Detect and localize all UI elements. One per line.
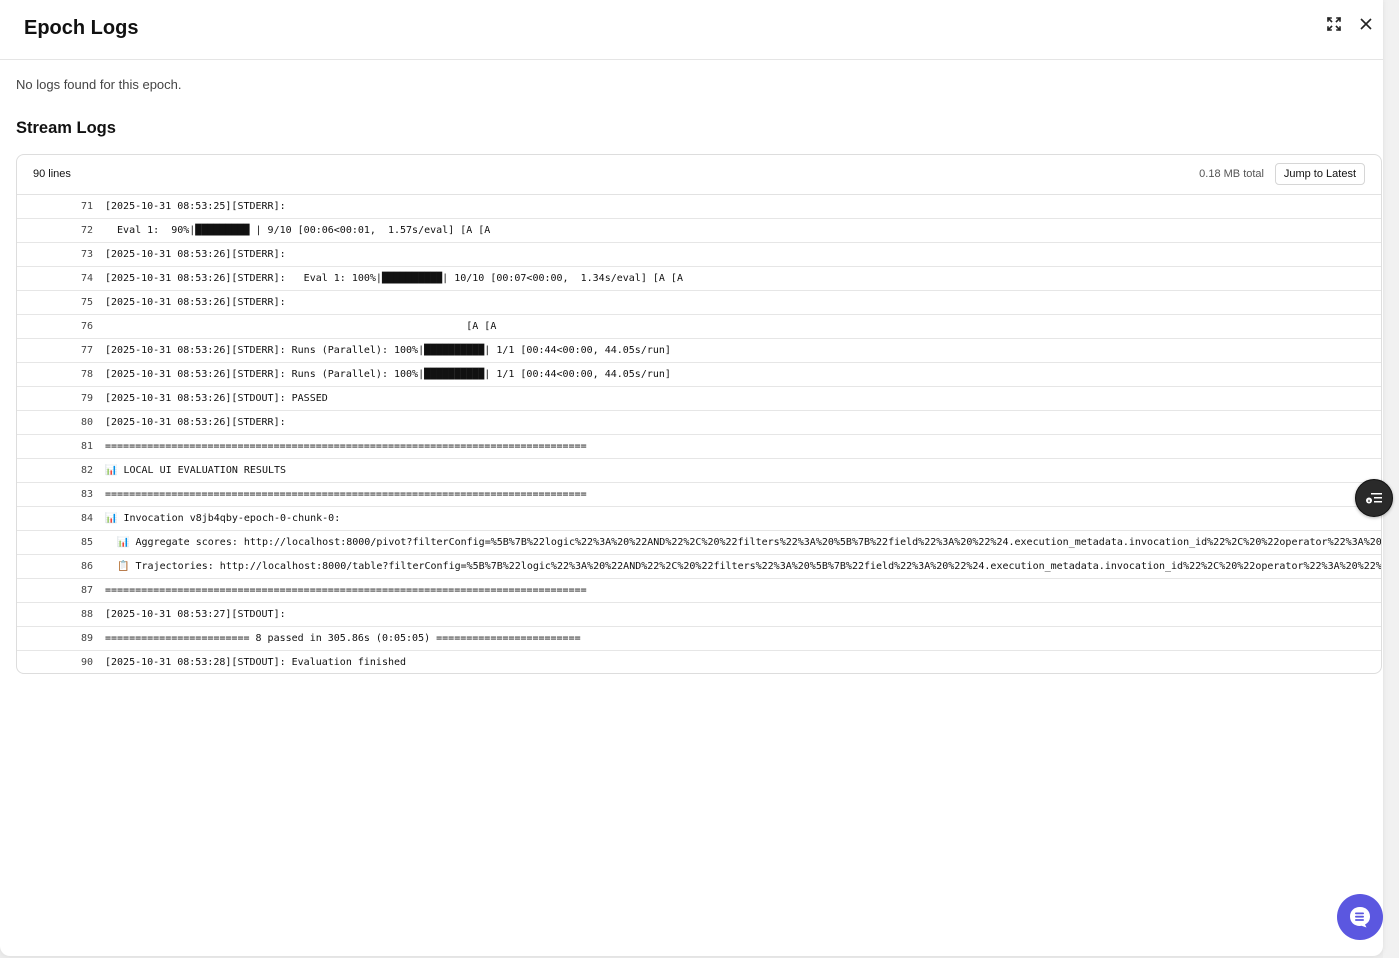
chat-bubble-icon [1347, 904, 1373, 930]
line-text: [2025-10-31 08:53:26][STDERR]: [105, 249, 286, 260]
epoch-logs-modal: Epoch Logs No logs found for this epoch.… [0, 0, 1383, 956]
log-line: 87======================================… [17, 579, 1381, 603]
log-line: 88[2025-10-31 08:53:27][STDOUT]: [17, 603, 1381, 627]
line-text: 📊 Invocation v8jb4qby-epoch-0-chunk-0: [105, 513, 340, 524]
line-number: 78 [17, 369, 93, 380]
line-text: [A [A [105, 321, 496, 332]
log-line: 85 📊 Aggregate scores: http://localhost:… [17, 531, 1381, 555]
line-number: 88 [17, 609, 93, 620]
line-number: 85 [17, 537, 93, 548]
log-line: 90[2025-10-31 08:53:28][STDOUT]: Evaluat… [17, 651, 1381, 674]
line-text: ========================================… [105, 585, 587, 596]
line-number: 74 [17, 273, 93, 284]
log-line: 89======================== 8 passed in 3… [17, 627, 1381, 651]
stream-logs-panel: 90 lines 0.18 MB total Jump to Latest 71… [16, 154, 1382, 674]
log-size-total: 0.18 MB total [1199, 168, 1264, 180]
line-text: [2025-10-31 08:53:26][STDERR]: Runs (Par… [105, 369, 671, 380]
log-line: 76 [A [A [17, 315, 1381, 339]
line-text: ========================================… [105, 489, 587, 500]
log-line: 80[2025-10-31 08:53:26][STDERR]: [17, 411, 1381, 435]
line-text: 📊 LOCAL UI EVALUATION RESULTS [105, 465, 286, 476]
line-number: 73 [17, 249, 93, 260]
line-number: 72 [17, 225, 93, 236]
line-number: 89 [17, 633, 93, 644]
line-text: Eval 1: 90%|█████████ | 9/10 [00:06<00:0… [105, 225, 490, 236]
log-line: 83======================================… [17, 483, 1381, 507]
line-number: 71 [17, 201, 93, 212]
log-line: 74[2025-10-31 08:53:26][STDERR]: Eval 1:… [17, 267, 1381, 291]
stream-logs-heading: Stream Logs [16, 119, 116, 138]
no-logs-message: No logs found for this epoch. [16, 77, 182, 92]
line-text: 📋 Trajectories: http://localhost:8000/ta… [105, 561, 1381, 572]
page-scrollbar-track[interactable] [1383, 0, 1399, 958]
log-line: 77[2025-10-31 08:53:26][STDERR]: Runs (P… [17, 339, 1381, 363]
close-button[interactable] [1356, 14, 1376, 34]
log-line: 79[2025-10-31 08:53:26][STDOUT]: PASSED [17, 387, 1381, 411]
line-number: 76 [17, 321, 93, 332]
expand-icon [1326, 16, 1342, 32]
line-text: 📊 Aggregate scores: http://localhost:800… [105, 537, 1381, 548]
line-text: [2025-10-31 08:53:26][STDERR]: Runs (Par… [105, 345, 671, 356]
line-number: 84 [17, 513, 93, 524]
line-text: [2025-10-31 08:53:27][STDOUT]: [105, 609, 286, 620]
line-text: [2025-10-31 08:53:26][STDOUT]: PASSED [105, 393, 328, 404]
close-icon [1359, 17, 1373, 31]
log-line: 71[2025-10-31 08:53:25][STDERR]: [17, 195, 1381, 219]
line-text: [2025-10-31 08:53:28][STDOUT]: Evaluatio… [105, 657, 406, 668]
line-number: 83 [17, 489, 93, 500]
line-number: 86 [17, 561, 93, 572]
line-text: ========================================… [105, 441, 587, 452]
jump-to-latest-button[interactable]: Jump to Latest [1275, 163, 1365, 185]
line-number: 80 [17, 417, 93, 428]
line-number: 90 [17, 657, 93, 668]
line-number: 77 [17, 345, 93, 356]
log-toolbar: 90 lines 0.18 MB total Jump to Latest [17, 155, 1381, 195]
log-panel-toggle-button[interactable] [1355, 479, 1393, 517]
line-text: [2025-10-31 08:53:26][STDERR]: [105, 417, 286, 428]
line-number: 87 [17, 585, 93, 596]
expand-button[interactable] [1324, 14, 1344, 34]
log-lines: 71[2025-10-31 08:53:25][STDERR]:72 Eval … [17, 195, 1381, 674]
log-line: 84📊 Invocation v8jb4qby-epoch-0-chunk-0: [17, 507, 1381, 531]
log-line: 86 📋 Trajectories: http://localhost:8000… [17, 555, 1381, 579]
line-text: [2025-10-31 08:53:26][STDERR]: [105, 297, 286, 308]
chat-button[interactable] [1337, 894, 1383, 940]
log-line: 72 Eval 1: 90%|█████████ | 9/10 [00:06<0… [17, 219, 1381, 243]
log-line: 78[2025-10-31 08:53:26][STDERR]: Runs (P… [17, 363, 1381, 387]
line-number: 82 [17, 465, 93, 476]
line-number: 81 [17, 441, 93, 452]
modal-header: Epoch Logs [0, 0, 1383, 60]
log-line: 73[2025-10-31 08:53:26][STDERR]: [17, 243, 1381, 267]
line-count: 90 lines [33, 168, 71, 180]
line-number: 79 [17, 393, 93, 404]
log-line: 82📊 LOCAL UI EVALUATION RESULTS [17, 459, 1381, 483]
modal-title: Epoch Logs [24, 17, 138, 40]
line-text: [2025-10-31 08:53:26][STDERR]: Eval 1: 1… [105, 273, 683, 284]
log-line: 81======================================… [17, 435, 1381, 459]
line-text: [2025-10-31 08:53:25][STDERR]: [105, 201, 286, 212]
log-line: 75[2025-10-31 08:53:26][STDERR]: [17, 291, 1381, 315]
line-number: 75 [17, 297, 93, 308]
log-list-icon [1365, 491, 1383, 505]
line-text: ======================== 8 passed in 305… [105, 633, 581, 644]
